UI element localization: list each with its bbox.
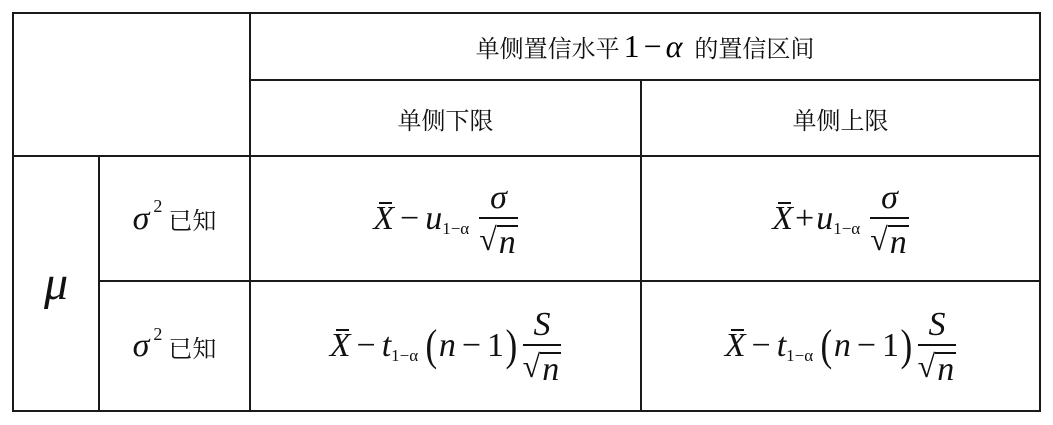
arg-operator: − — [857, 327, 876, 365]
header-title: 单侧置信水平 1 − α 的置信区间 — [251, 14, 1039, 79]
row1-lower-formula: X − u 1−α σ √n — [251, 157, 640, 280]
fraction: S √n — [918, 306, 957, 386]
numerator: S — [531, 306, 552, 344]
header-title-minus: − — [644, 28, 662, 65]
row2-condition: σ 2 已知 — [100, 282, 249, 410]
xbar: X — [725, 327, 746, 365]
denominator: n — [935, 352, 956, 386]
header-title-one: 1 — [624, 28, 640, 65]
row2-lower-formula: X − t 1−α ( n − 1 ) S √n — [251, 282, 640, 410]
numerator: σ — [879, 179, 900, 217]
condition-text: 已知 — [168, 329, 216, 364]
quantile-subscript: 1−α — [833, 219, 860, 239]
xbar: X — [772, 200, 793, 238]
xbar: X — [330, 327, 351, 365]
header-upper-bound: 单侧上限 — [642, 81, 1039, 155]
left-paren: ( — [426, 326, 438, 366]
mu-symbol: μ — [44, 256, 68, 311]
row1-condition: σ 2 已知 — [100, 157, 249, 280]
sigma-symbol: σ — [133, 327, 150, 365]
confidence-interval-table: 单侧置信水平 1 − α 的置信区间 单侧下限 单侧上限 μ σ 2 已知 X … — [12, 12, 1041, 412]
denominator: n — [540, 352, 561, 386]
sqrt-icon: √ — [523, 346, 541, 386]
condition-text: 已知 — [168, 201, 216, 236]
arg-n: n — [439, 327, 456, 365]
header-title-prefix: 单侧置信水平 — [476, 29, 620, 64]
left-paren: ( — [821, 326, 833, 366]
border-right — [1039, 12, 1041, 412]
fraction: σ √n — [870, 179, 909, 259]
sigma-power: 2 — [153, 196, 162, 217]
row2-upper-formula: X − t 1−α ( n − 1 ) S √n — [642, 282, 1039, 410]
operator: − — [400, 200, 419, 238]
quantile-subscript: 1−α — [391, 346, 418, 366]
header-title-alpha: α — [666, 28, 683, 65]
arg-operator: − — [462, 327, 481, 365]
numerator: σ — [488, 179, 509, 217]
sigma-power: 2 — [153, 324, 162, 345]
numerator: S — [926, 306, 947, 344]
denominator: n — [497, 225, 518, 259]
header-lower-bound: 单侧下限 — [251, 81, 640, 155]
sigma-symbol: σ — [133, 200, 150, 238]
denominator: n — [888, 225, 909, 259]
right-paren: ) — [900, 326, 912, 366]
operator: − — [752, 327, 771, 365]
quantile-subscript: 1−α — [442, 219, 469, 239]
quantile-t: t — [777, 327, 786, 365]
arg-one: 1 — [487, 327, 504, 365]
quantile-u: u — [816, 200, 833, 238]
arg-one: 1 — [882, 327, 899, 365]
border-bottom — [12, 410, 1041, 412]
fraction: σ √n — [479, 179, 518, 259]
right-paren: ) — [505, 326, 517, 366]
operator: − — [357, 327, 376, 365]
quantile-subscript: 1−α — [786, 346, 813, 366]
fraction: S √n — [523, 306, 562, 386]
row1-upper-formula: X + u 1−α σ √n — [642, 157, 1039, 280]
header-title-suffix: 的置信区间 — [694, 29, 814, 64]
sqrt-icon: √ — [918, 346, 936, 386]
xbar: X — [373, 200, 394, 238]
operator: + — [795, 200, 814, 238]
quantile-t: t — [382, 327, 391, 365]
quantile-u: u — [425, 200, 442, 238]
arg-n: n — [834, 327, 851, 365]
sqrt-icon: √ — [870, 219, 888, 259]
sqrt-icon: √ — [479, 219, 497, 259]
parameter-cell: μ — [14, 157, 98, 410]
